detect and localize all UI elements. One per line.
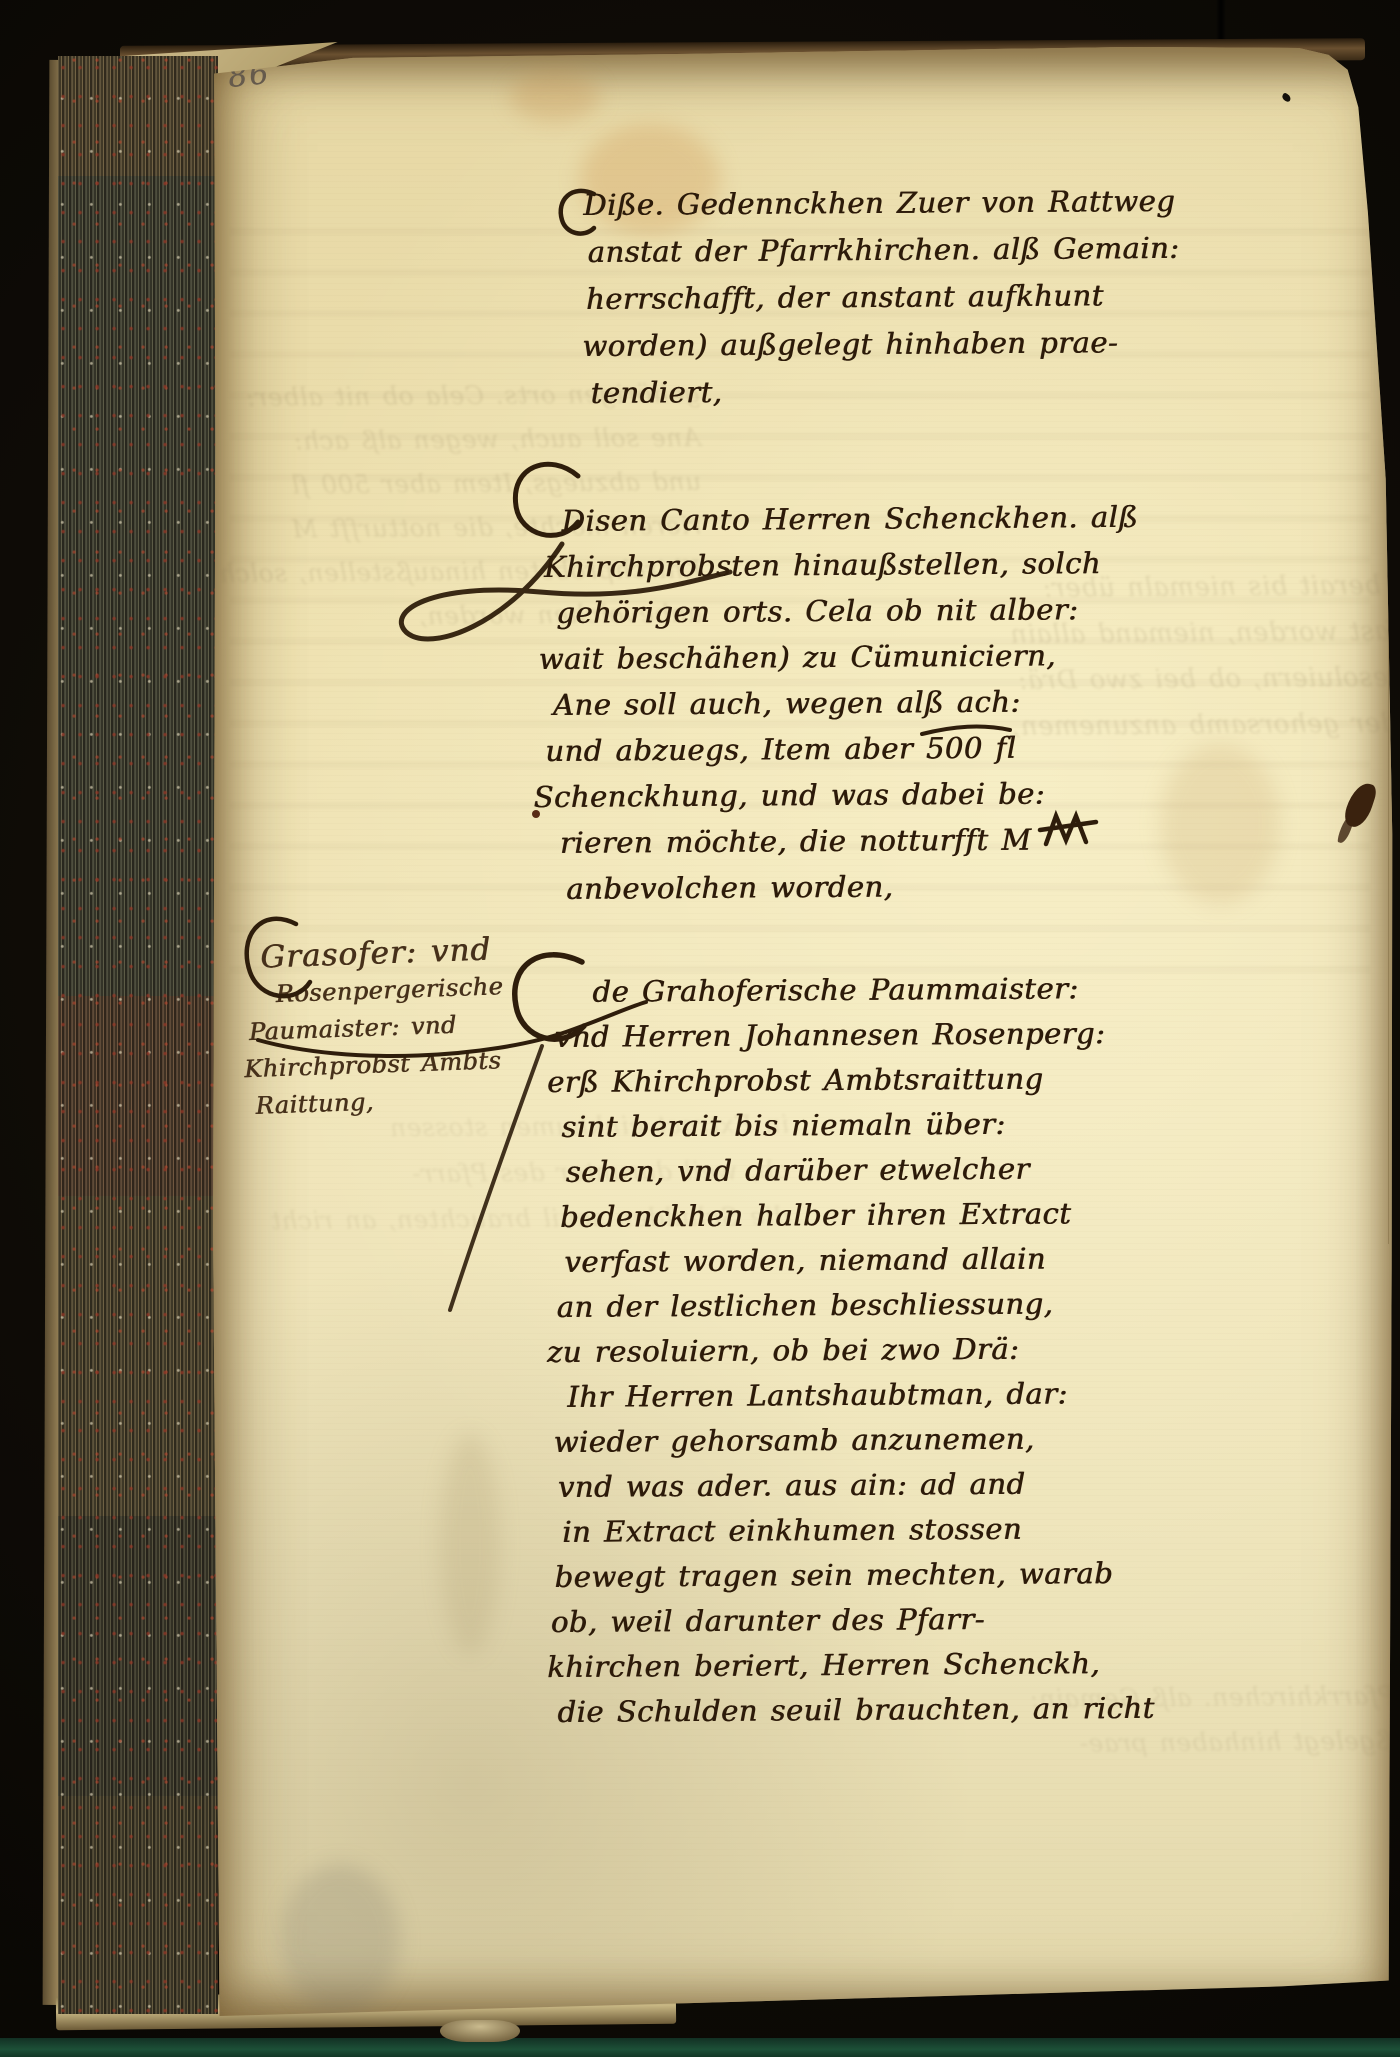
handwriting-line: bewegt tragen sein mechten, warab	[554, 1551, 1152, 1600]
handwriting-line: rieren möchte, die notturfft M	[560, 816, 1137, 866]
handwriting-line: Ane soll auch, wegen alß ach:	[553, 678, 1130, 728]
text-block-3: de Grahoferische Paummaister: vnd Herren…	[540, 966, 1143, 1735]
handwriting-line: an der lestlichen beschliessung,	[557, 1281, 1155, 1330]
handwriting-line: anstat der Pfarrkhirchen. alß Gemain:	[588, 225, 1180, 276]
handwriting-line: tendiert,	[590, 366, 1182, 417]
handwriting-line: verfast worden, niemand allain	[564, 1236, 1162, 1285]
handwriting-line: Diße. Gedennckhen Zuer von Rattweg	[583, 178, 1175, 229]
page-crease	[1388, 404, 1389, 1244]
handwriting-line: vnd Herren Johannesen Rosenperg:	[555, 1011, 1153, 1060]
handwriting-line: de Grahoferische Paummaister:	[592, 966, 1190, 1015]
stain	[1160, 744, 1280, 904]
text-block-2: Disen Canto Herren Schenckhen. alß Khirc…	[542, 494, 1121, 912]
parchment-cover-tab	[440, 2020, 520, 2042]
handwriting-line: khirchen beriert, Herren Schenckh,	[547, 1641, 1145, 1690]
handwriting-line: ob, weil darunter des Pfarr-	[551, 1596, 1149, 1645]
handwriting-line: und abzuegs, Item aber 500 fl	[545, 724, 1122, 774]
handwriting-line: worden) außgelegt hinhaben prae-	[582, 319, 1174, 370]
fore-edge-page-stack	[58, 56, 218, 2014]
manuscript-page: 86 gehörigen orts. Cela ob nit alber: An…	[210, 44, 1400, 2020]
handwriting-line: die Schulden seuil brauchten, an richt	[557, 1686, 1155, 1735]
handwriting-line: herrschafft, der anstant aufkhunt	[586, 272, 1178, 323]
green-table-strip	[0, 2038, 1400, 2057]
handwriting-line: sint berait bis niemaln über:	[561, 1101, 1159, 1150]
stain	[510, 72, 600, 122]
handwriting-line: Disen Canto Herren Schenckhen. alß	[562, 494, 1139, 544]
handwriting-line: erß Khirchprobst Ambtsraittung	[547, 1056, 1145, 1105]
handwriting-line: Khirchprobsten hinaußstellen, solch	[544, 540, 1121, 590]
handwriting-line: sehen, vnd darüber etwelcher	[566, 1146, 1164, 1195]
handwriting-line: gehörigen orts. Cela ob nit alber:	[556, 586, 1133, 636]
ghost-line: Ane soll auch, wegen alß ach:	[217, 416, 701, 464]
fore-edge-speckles	[58, 56, 218, 2014]
stain	[280, 1864, 400, 2014]
handwriting-line: wait beschähen) zu Cümuniciern,	[539, 632, 1116, 682]
handwriting-line: vnd was ader. aus ain: ad and	[558, 1461, 1156, 1510]
handwriting-line: bedenckhen halber ihren Extract	[560, 1191, 1158, 1240]
stain	[440, 1434, 500, 1654]
handwriting-line: wieder gehorsamb anzunemen,	[553, 1416, 1151, 1465]
handwriting-line: anbevolchen worden,	[566, 862, 1143, 912]
text-block-1: Diße. Gedennckhen Zuer von Rattweg ansta…	[575, 178, 1169, 417]
handwriting-line: zu resoluiern, ob bei zwo Drä:	[547, 1326, 1145, 1375]
handwriting-line: Ihr Herren Lantshaubtman, dar:	[567, 1371, 1165, 1420]
margin-note: Grasofer: vnd Rosenpergerische Paumaiste…	[234, 932, 497, 1126]
handwriting-line: in Extract einkhumen stossen	[562, 1506, 1160, 1555]
manuscript-photo: 86 gehörigen orts. Cela ob nit alber: An…	[0, 0, 1400, 2057]
handwriting-line: Schenckhung, und was dabei be:	[533, 770, 1110, 820]
